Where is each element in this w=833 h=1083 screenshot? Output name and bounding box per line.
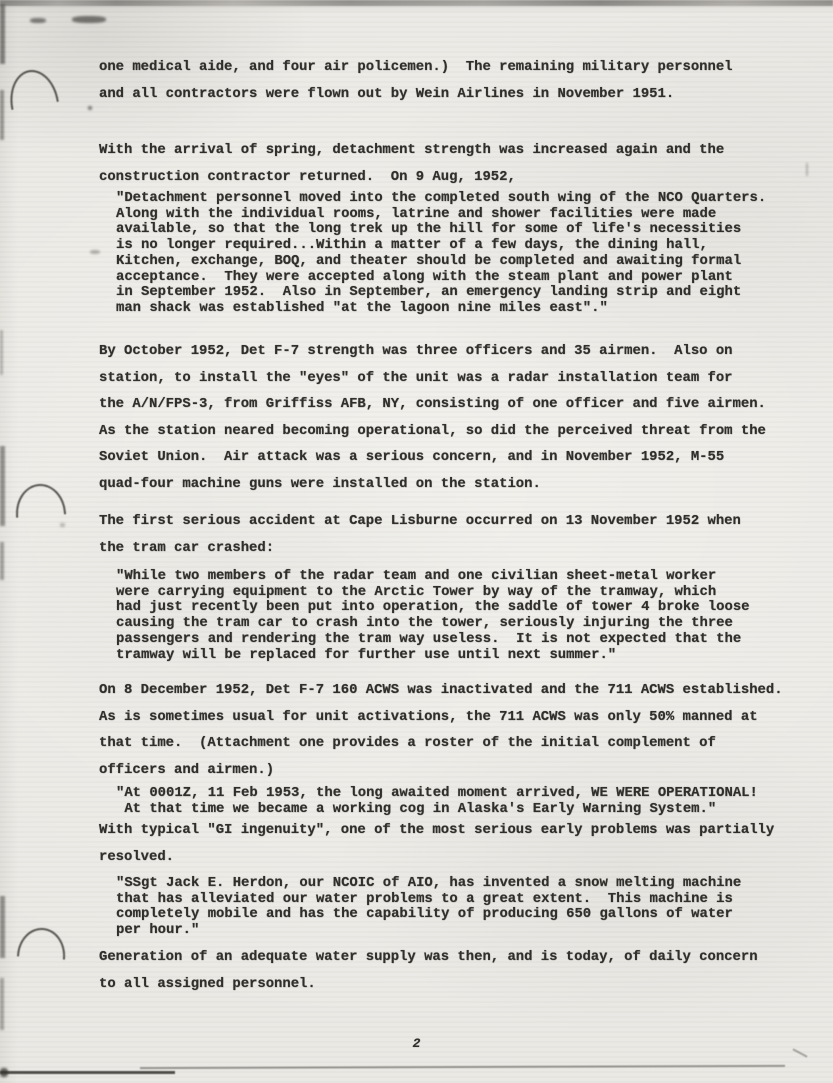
quote-line: available, so that the long trek up the …: [116, 222, 766, 238]
paragraph-line: With typical "GI ingenuity", one of the …: [99, 817, 774, 844]
document-body: one medical aide, and four air policemen…: [0, 0, 833, 1083]
paragraph-line: and all contractors were flown out by We…: [99, 81, 733, 108]
quote-line: completely mobile and has the capability…: [116, 907, 741, 923]
paragraph-line: resolved.: [99, 844, 774, 871]
quote-line: is no longer required...Within a matter …: [116, 238, 766, 254]
paragraph-line: the A/N/FPS-3, from Griffiss AFB, NY, co…: [99, 391, 766, 418]
blockquote: "While two members of the radar team and…: [116, 569, 750, 663]
paragraph-line: As is sometimes usual for unit activatio…: [99, 704, 783, 731]
quote-line: At that time we became a working cog in …: [116, 802, 758, 818]
quote-line: tramway will be replaced for further use…: [116, 648, 750, 664]
quote-line: "SSgt Jack E. Herdon, our NCOIC of AIO, …: [116, 876, 741, 892]
quote-line: in September 1952. Also in September, an…: [116, 285, 766, 301]
paragraph-line: Generation of an adequate water supply w…: [99, 944, 758, 971]
paragraph-line: construction contractor returned. On 9 A…: [99, 164, 724, 191]
paragraph-line: Soviet Union. Air attack was a serious c…: [99, 444, 766, 471]
paragraph-line: to all assigned personnel.: [99, 971, 758, 998]
scanned-document-page: one medical aide, and four air policemen…: [0, 0, 833, 1083]
quote-line: "At 0001Z, 11 Feb 1953, the long awaited…: [116, 786, 758, 802]
paragraph-line: By October 1952, Det F-7 strength was th…: [99, 338, 766, 365]
page-number: 2: [0, 1036, 833, 1051]
blockquote: "Detachment personnel moved into the com…: [116, 191, 766, 317]
quote-line: per hour.": [116, 923, 741, 939]
paragraph-line: the tram car crashed:: [99, 535, 741, 562]
paragraph: By October 1952, Det F-7 strength was th…: [99, 338, 766, 497]
paragraph-line: The first serious accident at Cape Lisbu…: [99, 508, 741, 535]
quote-line: passengers and rendering the tram way us…: [116, 632, 750, 648]
quote-line: had just recently been put into operatio…: [116, 600, 750, 616]
quote-line: acceptance. They were accepted along wit…: [116, 270, 766, 286]
quote-line: "While two members of the radar team and…: [116, 569, 750, 585]
quote-line: "Detachment personnel moved into the com…: [116, 191, 766, 207]
paragraph-line: officers and airmen.): [99, 757, 783, 784]
paragraph-line: station, to install the "eyes" of the un…: [99, 365, 766, 392]
blockquote: "At 0001Z, 11 Feb 1953, the long awaited…: [116, 786, 758, 817]
paragraph-line: As the station neared becoming operation…: [99, 418, 766, 445]
paragraph: With typical "GI ingenuity", one of the …: [99, 817, 774, 870]
quote-line: Kitchen, exchange, BOQ, and theater shou…: [116, 254, 766, 270]
paragraph-line: one medical aide, and four air policemen…: [99, 54, 733, 81]
paragraph: Generation of an adequate water supply w…: [99, 944, 758, 997]
quote-line: causing the tram car to crash into the t…: [116, 616, 750, 632]
quote-line: man shack was established "at the lagoon…: [116, 301, 766, 317]
paragraph: one medical aide, and four air policemen…: [99, 54, 733, 107]
paragraph: On 8 December 1952, Det F-7 160 ACWS was…: [99, 677, 783, 783]
paragraph-line: With the arrival of spring, detachment s…: [99, 137, 724, 164]
paragraph: The first serious accident at Cape Lisbu…: [99, 508, 741, 561]
paragraph: With the arrival of spring, detachment s…: [99, 137, 724, 190]
paragraph-line: that time. (Attachment one provides a ro…: [99, 730, 783, 757]
paragraph-line: quad-four machine guns were installed on…: [99, 471, 766, 498]
paragraph-line: On 8 December 1952, Det F-7 160 ACWS was…: [99, 677, 783, 704]
blockquote: "SSgt Jack E. Herdon, our NCOIC of AIO, …: [116, 876, 741, 939]
